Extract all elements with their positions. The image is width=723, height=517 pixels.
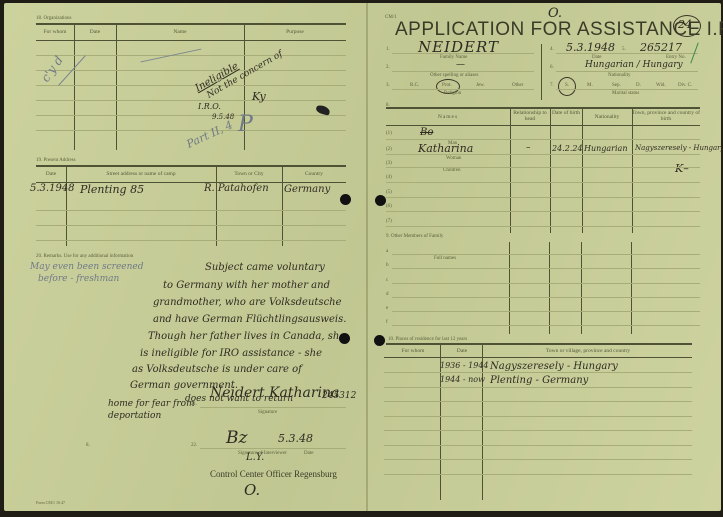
control-center-officer: Control Center Officer Regensburg [210, 469, 337, 479]
punch-hole [340, 194, 351, 205]
family-col-nationality: Nationality [582, 114, 632, 120]
marital-option-wid[interactable]: Wid. [656, 83, 666, 88]
punch-hole [339, 333, 350, 344]
address-country: Germany [284, 184, 330, 195]
left-marker: 8. [86, 443, 90, 448]
divider [392, 325, 700, 326]
member-row-f: f [386, 320, 388, 325]
pencil-mark: P [238, 112, 253, 137]
remarks-line: Though her father lives in Canada, she [148, 331, 345, 342]
divider [550, 108, 551, 233]
nationality-label: Nationality [608, 73, 631, 78]
org-col-purpose: Purpose [244, 29, 346, 35]
religion-option-rc[interactable]: R.C. [410, 83, 419, 88]
divider [392, 297, 700, 298]
divider [66, 166, 67, 246]
residence-date: 1936 - 1944 [440, 361, 489, 370]
residence-section-label: 10. Places of residence for last 12 year… [388, 337, 467, 342]
divider [384, 474, 692, 475]
divider [510, 108, 511, 233]
res-col-for-whom: For whom [386, 348, 440, 354]
row-num: (1) [386, 131, 392, 136]
org-col-date: Date [74, 29, 116, 35]
row-birthplace: Nagyszeresely - Hungary [635, 144, 723, 152]
family-col-relationship: Relationship to head [510, 110, 550, 122]
other-members-section-label: 9. Other Members of Family [386, 234, 443, 239]
divider [386, 139, 700, 140]
divider [36, 23, 346, 25]
member-row-c: c [386, 278, 388, 283]
marital-option-m[interactable]: M. [587, 83, 593, 88]
divider [392, 89, 534, 90]
marital-option-d[interactable]: D. [636, 83, 641, 88]
member-row-b: b [386, 263, 389, 268]
interviewer-signature: Bz [226, 428, 247, 448]
punch-hole [374, 335, 385, 346]
field-7-number: 7. [550, 83, 554, 88]
divider [556, 71, 698, 72]
row-birthplace: K– [675, 162, 689, 175]
divider [392, 283, 700, 284]
row-num: (7) [386, 219, 392, 224]
row-num: (4) [386, 175, 392, 180]
interviewer-number: 22. [191, 443, 197, 448]
signature-caption: Signature [258, 410, 277, 415]
org-col-for-whom: For whom [36, 29, 74, 35]
row-num: (6) [386, 204, 392, 209]
divider [549, 242, 550, 334]
divider [582, 108, 583, 233]
remarks-line: grandmother, who are Volksdeutsche [153, 297, 342, 308]
row-num: (5) [386, 190, 392, 195]
divider [386, 226, 700, 227]
divider [36, 100, 346, 101]
divider [200, 448, 346, 449]
addr-col-street: Street address or name of camp [66, 171, 216, 177]
divider [631, 242, 632, 334]
divider [556, 89, 698, 90]
religion-option-jew[interactable]: Jew. [476, 83, 485, 88]
marital-label: Marital status [612, 91, 639, 96]
divider [384, 401, 692, 402]
divider [386, 211, 700, 212]
other-names-value: — [456, 60, 465, 70]
remarks-pencil-line-2: before - freshman [38, 274, 119, 284]
divider [386, 343, 692, 345]
residence-date: 1944 - now [440, 375, 485, 384]
divider [541, 44, 542, 100]
divider [384, 416, 692, 417]
divider [386, 154, 700, 155]
field-2-number: 2. [386, 65, 390, 70]
interview-date: 5.3.48 [278, 432, 313, 445]
field-4-number: 4. [550, 47, 554, 52]
divider [581, 242, 582, 334]
row-num: (3) [386, 161, 392, 166]
interviewer-initials: L.Y. [246, 452, 264, 463]
circled-number: 24 [678, 18, 692, 31]
divider [116, 24, 117, 150]
remarks-section-label: 20. Remarks. Use for any additional info… [36, 254, 133, 259]
divider [200, 407, 346, 408]
divider [384, 372, 692, 373]
entry-no-value: 265217 [640, 41, 682, 54]
row-relationship: – [526, 143, 531, 153]
divider [392, 254, 700, 255]
marital-selection-circle [558, 77, 576, 96]
date-caption: Date [304, 451, 313, 456]
family-col-names: Names [386, 114, 510, 120]
marital-option-div[interactable]: Div. C. [678, 83, 692, 88]
row-dob: 24.2.24 [552, 144, 583, 153]
address-date: 5.3.1948 [30, 183, 75, 194]
residence-place: Nagyszeresely - Hungary [490, 361, 618, 372]
row-nationality: Hungarian [584, 144, 627, 153]
field-6-number: 6. [550, 65, 554, 70]
religion-option-other[interactable]: Other [512, 83, 523, 88]
remarks-line: Subject came voluntary [205, 262, 325, 273]
addr-col-country: Country [282, 171, 346, 177]
divider [36, 225, 346, 226]
divider [386, 182, 700, 183]
divider [282, 166, 283, 246]
address-town: R. Patahofen [204, 183, 269, 194]
remarks-line: as Volksdeutsche is under care of [132, 364, 302, 375]
divider [36, 85, 346, 86]
row-name: Bo [420, 127, 433, 138]
family-col-birthplace: Town, province and country of birth [632, 110, 700, 122]
remarks-line: and have German Flüchtlingsausweis. [153, 314, 346, 325]
divider [392, 268, 700, 269]
divider [36, 40, 346, 41]
form-code: Form CM/1 10.47 [36, 500, 65, 505]
present-address-section-label: 19. Present Address [36, 158, 76, 163]
field-3-number: 3. [386, 83, 390, 88]
remarks-pencil-line-1: May even been screened [30, 262, 144, 272]
row-num: (2) [386, 147, 392, 152]
remarks-line: home for fear from [108, 399, 195, 409]
religion-label: Religion [444, 91, 461, 96]
address-street: Plenting 85 [80, 183, 144, 196]
residence-place: Plenting - Germany [490, 375, 588, 386]
divider [216, 166, 217, 246]
organizations-section-label: 18. Organizations [36, 16, 71, 21]
remarks-line: is ineligible for IRO assistance - she [140, 348, 322, 359]
addr-col-date: Date [36, 171, 66, 177]
divider [384, 357, 692, 358]
family-name-value: NEIDERT [418, 38, 499, 56]
divider [36, 240, 346, 241]
divider [386, 107, 700, 109]
divider [386, 125, 700, 126]
divider [392, 311, 700, 312]
divider [392, 71, 534, 72]
divider [509, 242, 510, 334]
addr-col-town: Town or City [216, 171, 282, 177]
divider [384, 459, 692, 460]
member-row-e: e [386, 306, 388, 311]
other-names-label: Other spelling or aliases [430, 73, 478, 78]
divider [384, 387, 692, 388]
member-row-a: a [386, 249, 388, 254]
divider [74, 24, 75, 150]
punch-hole [375, 195, 386, 206]
divider [386, 167, 700, 168]
signature-number: 21. [191, 402, 197, 407]
divider [36, 130, 346, 131]
remarks-line: to Germany with her mother and [163, 280, 330, 291]
applicant-signature: Neidert Katharina [210, 385, 339, 401]
divider [384, 445, 692, 446]
res-col-date: Date [440, 348, 484, 354]
divider [36, 70, 346, 71]
divider [36, 210, 346, 211]
divider [36, 115, 346, 116]
initials-note: Ky [252, 90, 266, 103]
divider [386, 197, 700, 198]
marital-option-sep[interactable]: Sep. [612, 83, 621, 88]
field-1-number: 1. [386, 47, 390, 52]
divider [36, 165, 346, 167]
row-sub-label: Woman [446, 156, 461, 161]
iro-note: I.R.O. [198, 102, 221, 111]
row-sub-label: Children [443, 168, 461, 173]
org-col-name: Name [116, 29, 244, 35]
date-value: 5.3.1948 [566, 41, 615, 54]
center-fold [366, 3, 368, 511]
member-row-d: d [386, 292, 389, 297]
divider [632, 108, 633, 233]
family-col-dob: Date of birth [550, 110, 582, 116]
field-5-number: 5. [622, 47, 626, 52]
divider [36, 55, 346, 56]
res-col-place: Town or village, province and country [484, 348, 692, 354]
officer-mark: O. [244, 481, 260, 499]
remarks-line: deportation [108, 411, 161, 421]
full-names-label: Full names [434, 256, 456, 261]
nationality-value: Hungarian / Hungary [585, 60, 683, 70]
divider [384, 430, 692, 431]
